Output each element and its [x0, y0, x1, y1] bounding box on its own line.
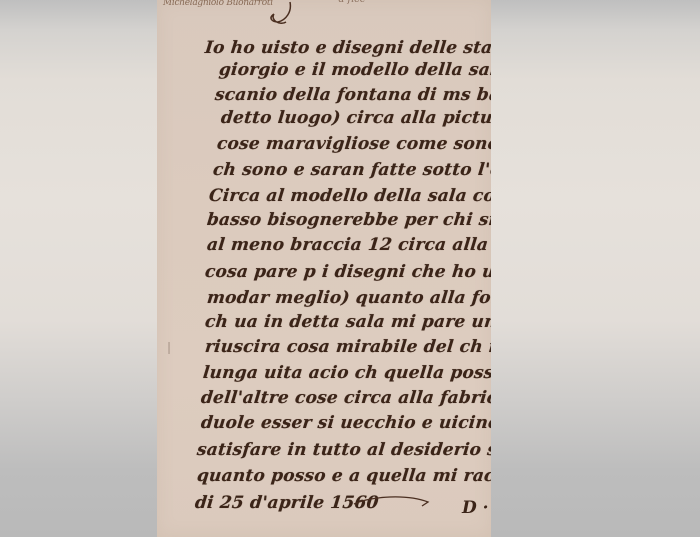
letter-line: ch sono e saran fatte sotto l'ombra: [212, 160, 491, 180]
letter-line: basso bisognerebbe per chi si fatta: [206, 210, 491, 230]
letter-line: riuscira cosa mirabile del ch io pr: [204, 337, 491, 357]
letter-line: giorgio e il modello della sala g: [218, 60, 491, 80]
letter-line: modar meglio) quanto alla fontana: [206, 288, 491, 308]
letter-line: lunga uita acio ch quella possa co: [202, 363, 491, 383]
letter-paper: Michelagniolo Buonarroti · a fice Io ho …: [157, 0, 491, 537]
letter-line: dell'altre cose circa alla fabrica dell: [200, 388, 491, 408]
letter-line: Io ho uisto e disegni delle stanze: [204, 38, 491, 58]
letter-line: satisfare in tutto al desiderio suo: [196, 440, 491, 460]
letter-line: al meno braccia 12 circa alla cor: [206, 235, 491, 255]
letter-line: detto luogo) circa alla pictura me: [220, 108, 491, 128]
letter-line: scanio della fontana di ms barto: [214, 85, 491, 105]
flourish-mark: [252, 0, 292, 30]
signature: D ·: [462, 498, 489, 518]
letter-line: quanto posso e a quella mi raccom: [196, 466, 491, 486]
header-right-note: · a fice: [332, 0, 366, 5]
letter-line: cose maravigliose come sono e saranno: [216, 134, 491, 154]
margin-mark: |: [167, 340, 171, 354]
letter-line: cosa pare p i disegni che ho uisti: [204, 262, 491, 282]
backdrop-right: [491, 0, 700, 537]
letter-line: ch ua in detta sala mi pare una b: [204, 312, 491, 332]
date-flourish-mark: [352, 494, 432, 508]
letter-line: Circa al modello della sala cosi c: [208, 186, 491, 206]
letter-line: duole esser si uecchio e uicino alla: [200, 413, 491, 433]
backdrop-left: [0, 0, 157, 537]
